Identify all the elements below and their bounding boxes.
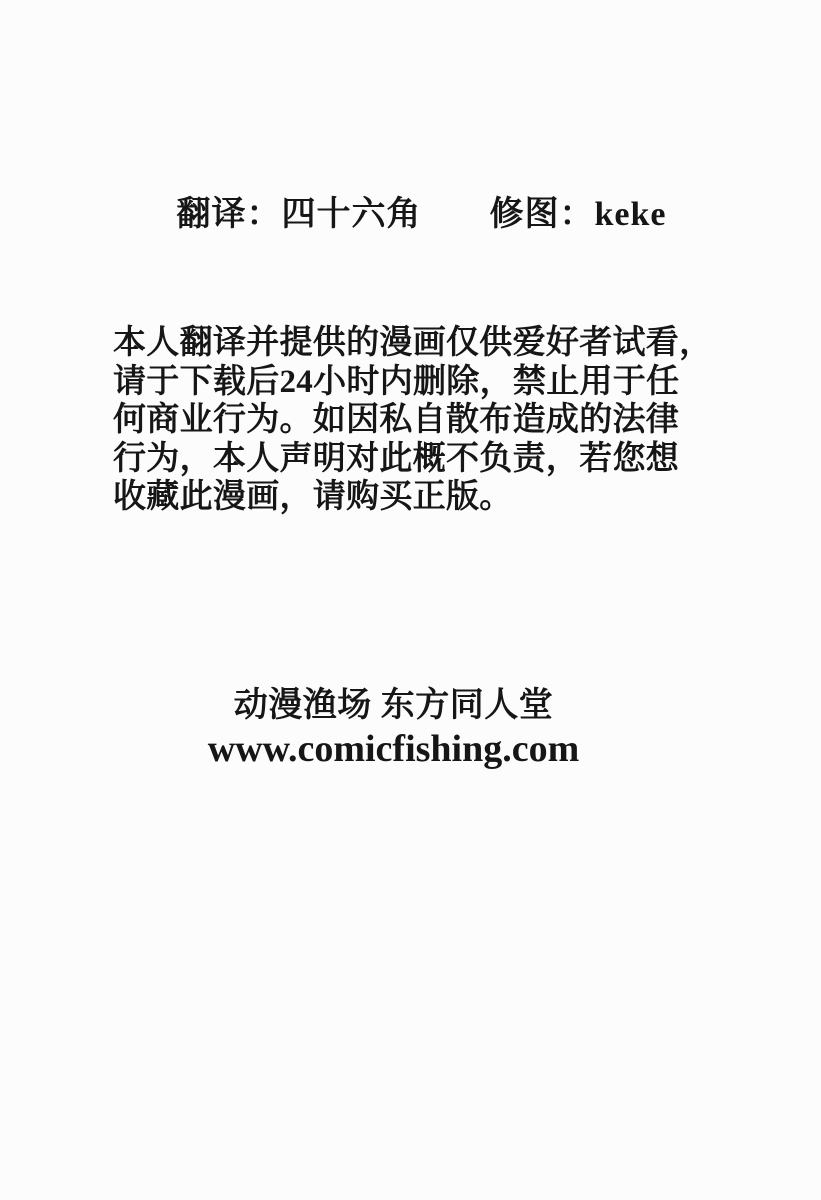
- credits-line: 翻译：四十六角 修图：keke: [0, 186, 821, 235]
- disclaimer-line-3: 何商业行为。如因私自散布造成的法律: [113, 401, 733, 440]
- website-url: www.comicfishing.com: [0, 728, 804, 770]
- scanlation-credits-page: 翻译：四十六角 修图：keke 本人翻译并提供的漫画仅供爱好者试看， 请于下载后…: [0, 0, 821, 1200]
- disclaimer-line-5: 收藏此漫画，请购买正版。: [113, 478, 733, 517]
- retoucher-credit: 修图：keke: [490, 186, 667, 235]
- group-name: 动漫渔场 东方同人堂: [0, 684, 804, 728]
- translator-credit: 翻译：四十六角: [177, 186, 422, 235]
- disclaimer-line-2: 请于下载后24小时内删除，禁止用于任: [113, 363, 733, 402]
- disclaimer-paragraph: 本人翻译并提供的漫画仅供爱好者试看， 请于下载后24小时内删除，禁止用于任 何商…: [113, 324, 733, 517]
- disclaimer-line-4: 行为，本人声明对此概不负责，若您想: [113, 440, 733, 479]
- footer: 动漫渔场 东方同人堂 www.comicfishing.com: [0, 684, 804, 770]
- disclaimer-line-1: 本人翻译并提供的漫画仅供爱好者试看，: [113, 324, 733, 363]
